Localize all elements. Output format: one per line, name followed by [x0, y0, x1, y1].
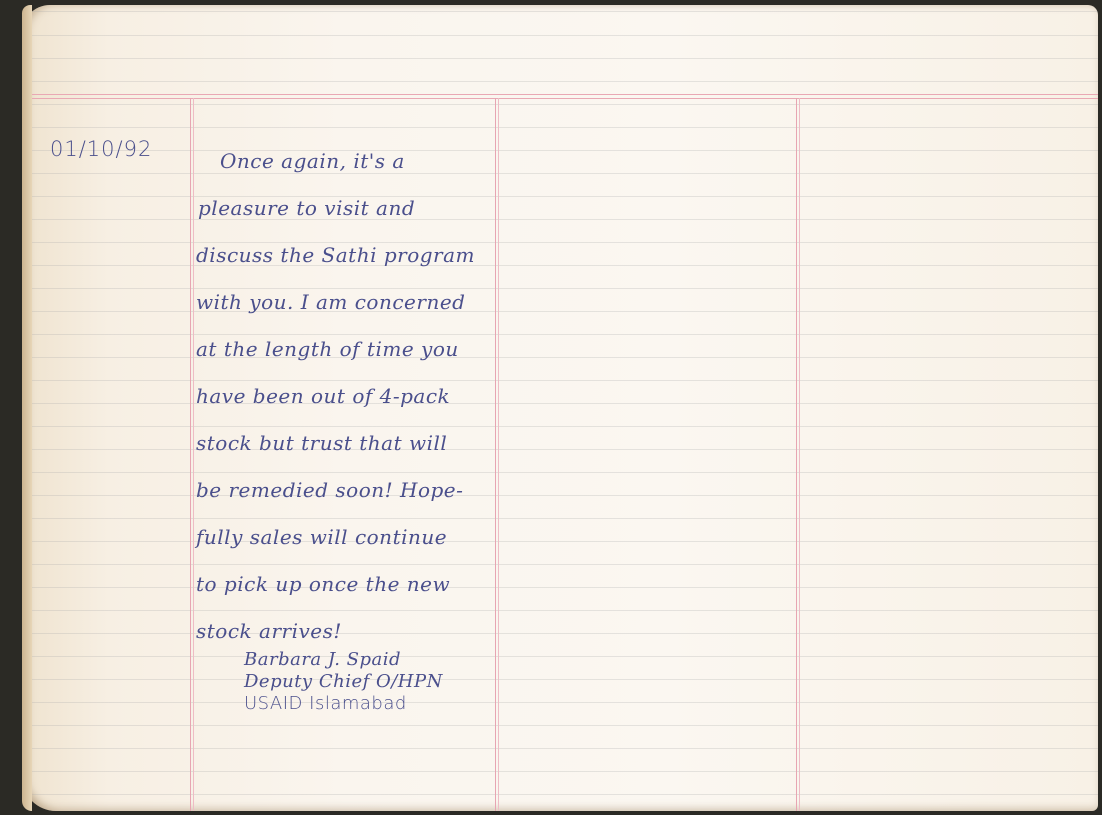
body-line: pleasure to visit and	[198, 196, 415, 220]
header-rule-top	[22, 94, 1098, 95]
body-line: to pick up once the new	[196, 572, 450, 596]
body-line: discuss the Sathi program	[196, 243, 475, 267]
body-line: Once again, it's a	[220, 149, 405, 173]
body-line: fully sales will continue	[196, 525, 447, 549]
body-line: stock but trust that will	[196, 431, 447, 455]
signature-title: Deputy Chief O/HPN	[244, 671, 443, 692]
body-line: be remedied soon! Hope-	[196, 478, 463, 502]
remarks-column-divider	[495, 98, 496, 811]
signature-organization: USAID Islamabad	[244, 693, 407, 714]
signature-name: Barbara J. Spaid	[244, 649, 401, 670]
entry-date: 01/10/92	[50, 137, 152, 161]
body-line: at the length of time you	[196, 337, 459, 361]
body-line: with you. I am concerned	[196, 290, 465, 314]
date-column-divider	[190, 98, 191, 811]
third-column-divider	[796, 98, 797, 811]
body-line: have been out of 4-pack	[196, 384, 450, 408]
page-edge	[22, 5, 32, 811]
body-line: stock arrives!	[196, 619, 342, 643]
ruled-lines	[22, 5, 1098, 811]
ledger-page: 01/10/92 Once again, it's a pleasure to …	[22, 5, 1098, 811]
header-rule-bottom	[22, 98, 1098, 99]
